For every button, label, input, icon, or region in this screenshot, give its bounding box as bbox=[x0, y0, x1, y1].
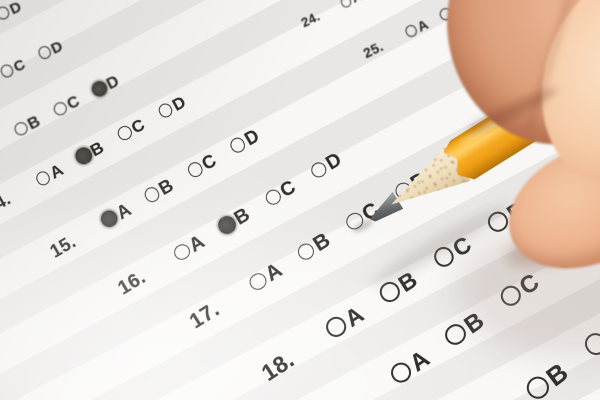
answer-option: A bbox=[33, 160, 66, 190]
answer-option: C bbox=[0, 56, 28, 82]
answer-option: B bbox=[12, 113, 43, 140]
answer-option: D bbox=[227, 125, 263, 157]
answer-row-23: 23. bbox=[237, 0, 273, 2]
question-number: 23. bbox=[237, 0, 261, 2]
answer-option: D bbox=[155, 92, 189, 122]
answer-option: B bbox=[215, 203, 254, 238]
option-letter: C bbox=[64, 93, 82, 114]
answer-option: D bbox=[36, 38, 66, 64]
option-letter: B bbox=[25, 113, 43, 134]
answer-option: D bbox=[91, 73, 122, 100]
question-number: 15. bbox=[47, 231, 80, 261]
answer-option: C bbox=[114, 115, 148, 145]
answer-row-16: 16.A B C D bbox=[114, 148, 346, 300]
answer-option: C bbox=[51, 93, 82, 120]
bubble-24-a bbox=[339, 0, 353, 9]
answer-sheet-photo: D C D B C D 14.A B C D 15.A B C D 16.A B… bbox=[0, 0, 600, 400]
answer-row-12: C D bbox=[0, 38, 66, 83]
answer-option: A bbox=[338, 0, 364, 11]
pencil-graphite-tip bbox=[364, 192, 403, 227]
answer-option: B bbox=[521, 357, 574, 400]
option-letter: D bbox=[7, 0, 24, 18]
answer-row-11: D bbox=[0, 0, 24, 24]
answer-option: A bbox=[170, 231, 208, 266]
answer-option: A bbox=[386, 346, 434, 391]
answer-row-13: B C D bbox=[12, 73, 123, 141]
answer-option: A bbox=[99, 200, 134, 232]
question-number: 24. bbox=[299, 8, 323, 30]
answer-option: B bbox=[141, 175, 177, 207]
answer-option: C bbox=[184, 150, 220, 182]
question-number: 17. bbox=[186, 298, 224, 334]
answer-option: A bbox=[245, 259, 286, 296]
answer-option: A bbox=[403, 16, 431, 40]
question-number: 25. bbox=[360, 38, 385, 61]
answer-option: D bbox=[0, 0, 24, 24]
answer-option: C bbox=[261, 176, 300, 211]
answer-option: B bbox=[293, 228, 334, 266]
question-number: 16. bbox=[114, 266, 150, 299]
question-number: 18. bbox=[257, 346, 299, 386]
answer-row-15: 15.A B C D bbox=[47, 125, 264, 262]
answer-option: B bbox=[73, 138, 107, 168]
option-letter: C bbox=[11, 56, 28, 76]
answer-option: D bbox=[307, 148, 346, 183]
answer-option: A bbox=[321, 301, 368, 344]
question-number: 14. bbox=[0, 189, 14, 218]
